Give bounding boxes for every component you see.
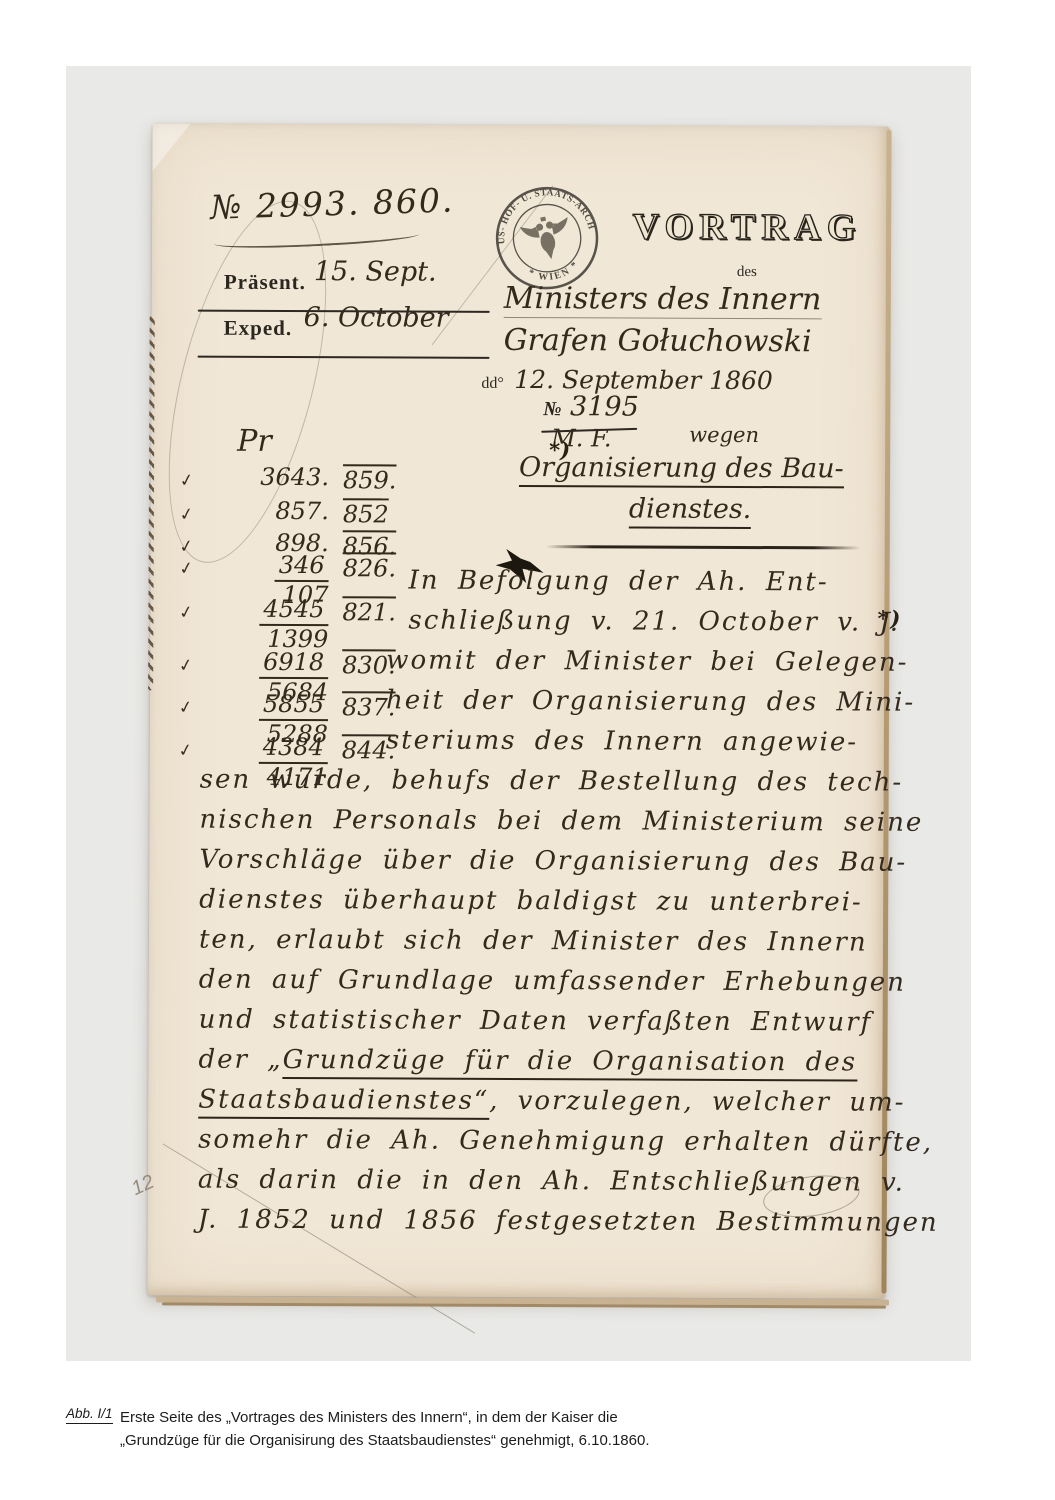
body-line: Vorschläge über die Organisierung des Ba… [199,840,895,883]
paper-corner-fold [152,123,190,171]
praesent-label: Präsent. [224,270,306,295]
body-line: heit der Organisierung des Mini- [200,680,896,723]
body-line: den auf Grundlage umfassender Erhebungen [199,960,895,1003]
margin-note-mark: *) [549,437,570,462]
body-line: ten, erlaubt sich der Minister des Inner… [199,920,895,963]
praesent-value: 15. Sept. [314,256,437,288]
body-line: Staatsbaudienstes“, vorzulegen, welcher … [198,1080,894,1123]
wegen-word: wegen [689,423,759,447]
body-line: nischen Personals bei dem Ministerium se… [199,800,895,843]
body-line-text: der „ [198,1045,282,1075]
no-value: 3195 [570,391,639,422]
head-line-ministers-text: Ministers des Innern [504,281,822,319]
binding-cord [148,315,155,690]
caption-label: Abb. I/1 [66,1406,120,1452]
body-line: J. 1852 und 1856 festgesetzten Bestimmun… [198,1200,894,1243]
body-line-underlined: Staatsbaudienstes“ [198,1085,489,1120]
subject-line-2: dienstes. [629,493,752,525]
footnote-mark: *) [877,599,902,639]
head-line-ministers: Ministers des Innern [504,281,822,317]
body-line: sen wurde, behufs der Bestellung des tec… [200,760,896,803]
subject-line-2-text: dienstes. [629,493,752,529]
document-paper: 12 № 2993. 860. Präsent. 15. Sept. Exped… [147,123,889,1298]
row-main: 857. [275,497,329,525]
check-icon: ✓ [177,495,211,526]
check-icon: ✓ [177,461,211,492]
body-line: In Befolgung der Ah. Ent- [200,560,896,603]
body-line: und statistischer Daten verfaßten Entwur… [199,1000,895,1043]
document-photo: 12 № 2993. 860. Präsent. 15. Sept. Exped… [66,66,971,1361]
body-line: schließung v. 21. October v. J. *) [200,600,896,643]
exped-value: 6. October [304,302,449,334]
page-title-sub: des [590,263,904,281]
margin-monogram: Pr [237,424,272,459]
section-flourish-rule [546,545,861,549]
row-year: 852 [343,498,389,528]
body-text: In Befolgung der Ah. Ent- schließung v. … [198,560,897,1243]
body-line: womit der Minister bei Gelegen- [200,640,896,683]
head-line-number: № 3195 [543,391,639,422]
body-line: dienstes überhaupt baldigst zu unterbrei… [199,880,895,923]
no-sign: № [543,398,561,420]
caption-line: Erste Seite des „Vortrages des Ministers… [120,1406,650,1429]
dd-label: dd° [481,375,503,392]
double-eagle-icon [519,212,576,264]
margin-number-row: ✓ 857. 852 [179,498,429,529]
body-line-text: schließung v. 21. October v. J. [408,606,900,638]
exped-label: Exped. [224,316,293,341]
caption-label-text: Abb. I/1 [66,1406,113,1424]
body-line-underlined: Grundzüge für die Organisation des [283,1045,857,1082]
body-line-text: , vorzulegen, welcher um- [489,1086,905,1118]
page: 12 № 2993. 860. Präsent. 15. Sept. Exped… [0,0,1055,1500]
body-line: steriums des Innern angewie- [200,720,896,763]
body-line: der „Grundzüge für die Organisation des [198,1040,894,1083]
head-line-grafen: Grafen Gołuchowski [504,323,812,359]
caption-line: „Grundzüge für die Organisirung des Staa… [120,1429,650,1452]
body-line: somehr die Ah. Genehmigung erhalten dürf… [198,1120,894,1163]
figure-caption: Abb. I/1 Erste Seite des „Vortrages des … [66,1406,650,1452]
row-year: 859. [343,464,397,494]
row-main: 3643. [260,463,329,491]
pencil-note: 12 [128,1171,158,1201]
body-line: als darin die in den Ah. Entschließungen… [198,1160,894,1203]
page-title: VORTRAG [590,205,904,249]
margin-number-row: ✓ 3643. 859. [179,464,429,495]
registry-number: № 2993. 860. [210,180,455,226]
caption-text: Erste Seite des „Vortrages des Ministers… [120,1406,650,1452]
